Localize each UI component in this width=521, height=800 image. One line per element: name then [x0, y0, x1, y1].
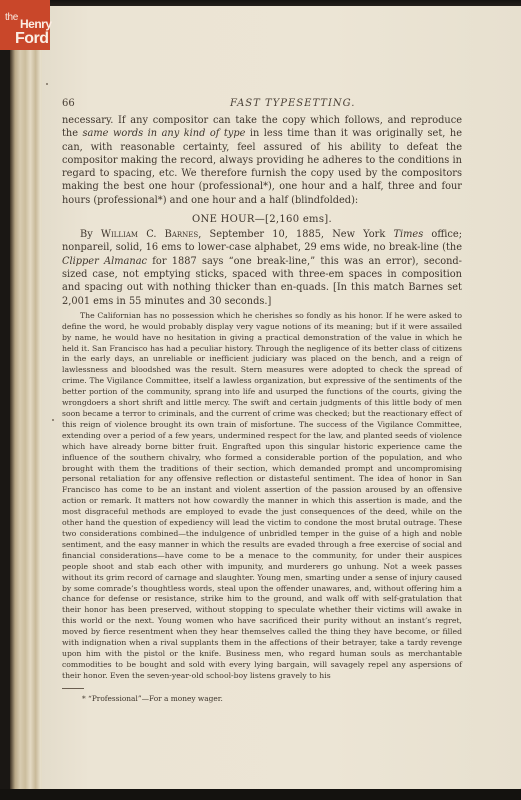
record-text-1: , September 10, 1885, New York	[198, 229, 393, 240]
henry-ford-logo: the Henry Ford	[0, 0, 50, 50]
footnote: * “Professional”—For a money wager.	[62, 694, 462, 703]
section-heading: ONE HOUR—[2,160 ems].	[62, 214, 462, 225]
book-page-edges	[10, 40, 44, 792]
logo-ford: Ford	[15, 30, 49, 48]
record-description-paragraph: By William C. Barnes, September 10, 1885…	[62, 228, 462, 308]
page-speck	[46, 83, 48, 85]
author-name: William C. Barnes	[101, 229, 198, 240]
logo-henry: Henry	[20, 17, 52, 31]
copy-text-paragraph: The Californian has no possession which …	[62, 311, 462, 682]
page-running-title: FAST TYPESETTING.	[230, 98, 355, 109]
almanac-name: Clipper Almanac	[62, 256, 147, 267]
page-body: necessary. If any compositor can take th…	[62, 114, 462, 703]
intro-text-italic: same words in any kind of type	[83, 128, 246, 139]
page-number: 66	[62, 98, 75, 109]
footnote-rule	[62, 688, 84, 689]
logo-the: the	[5, 12, 18, 23]
scan-bottom-border	[0, 789, 521, 800]
by-label: By	[80, 229, 101, 240]
intro-paragraph: necessary. If any compositor can take th…	[62, 114, 462, 207]
running-head: 66 FAST TYPESETTING.	[62, 98, 462, 112]
intro-text-post: in less time than it was originally set,…	[62, 128, 462, 205]
page-speck	[52, 419, 54, 421]
newspaper-name: Times	[393, 229, 423, 240]
